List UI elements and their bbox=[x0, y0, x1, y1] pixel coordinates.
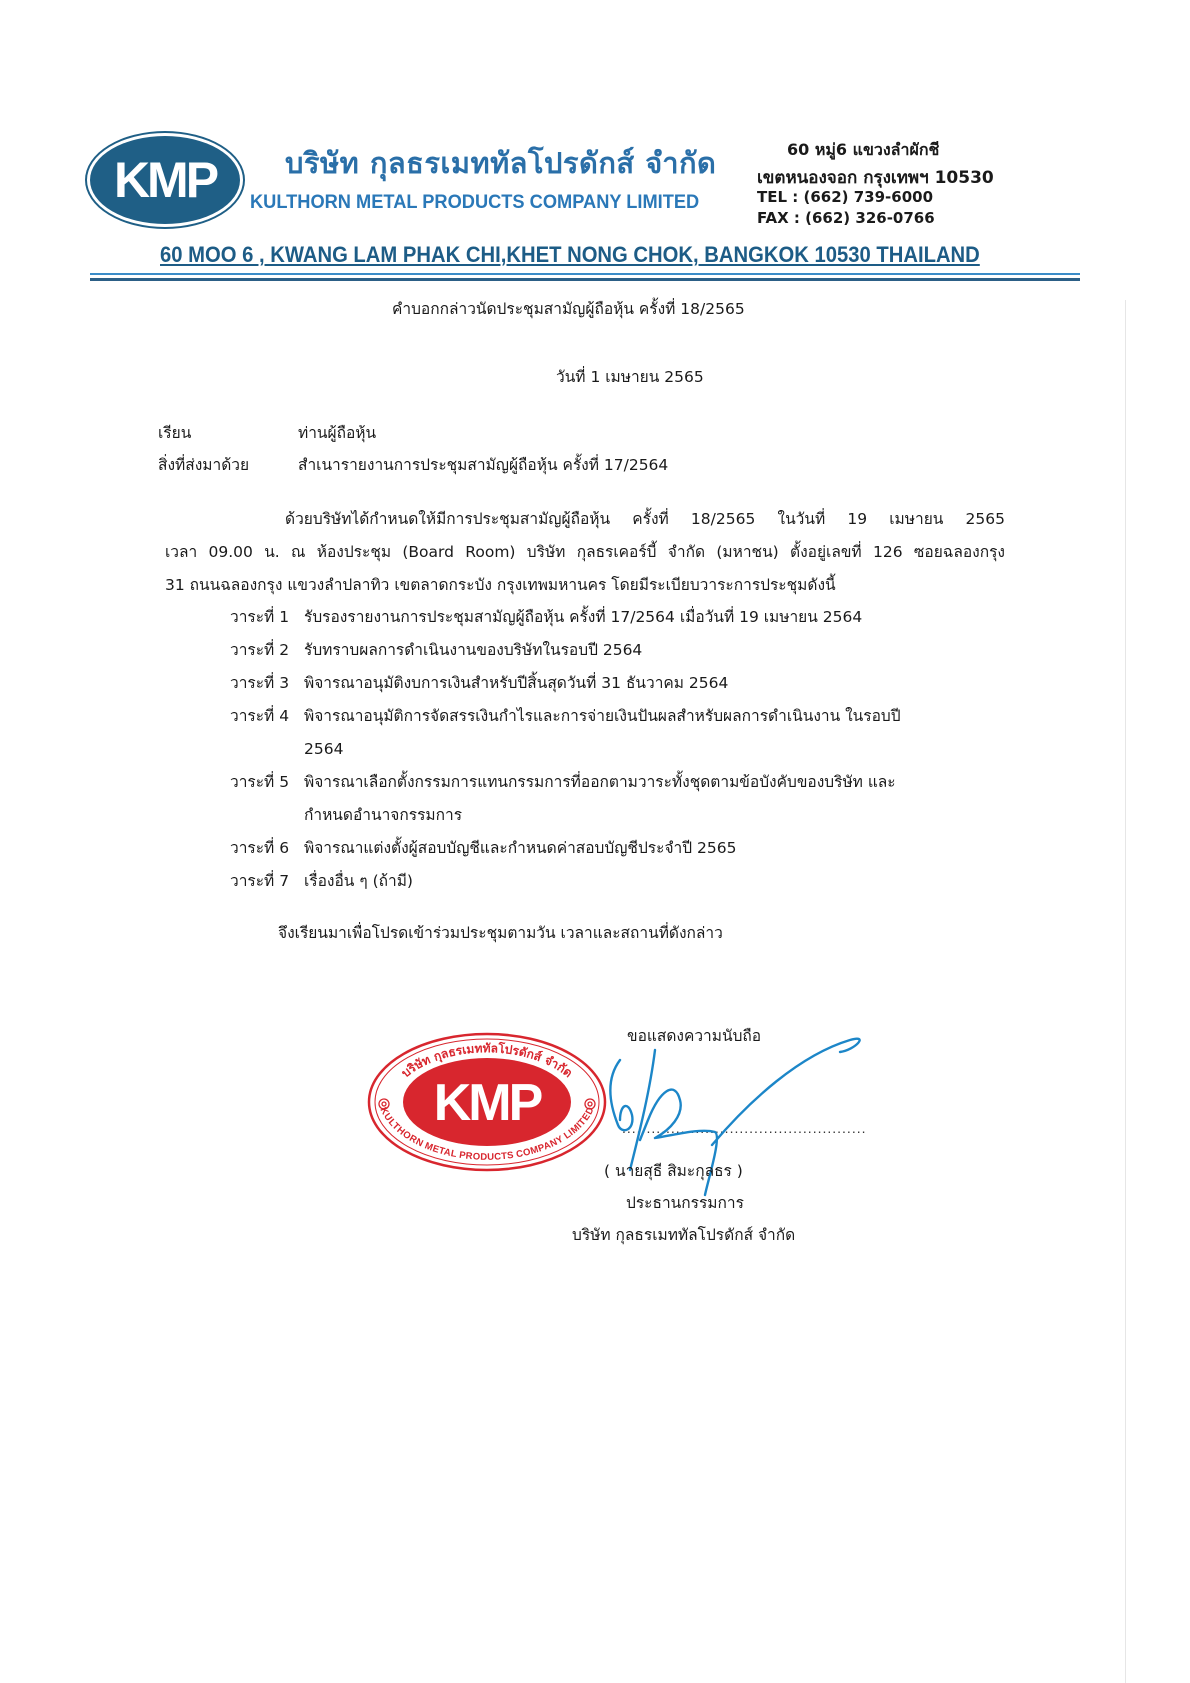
agenda-item: วาระที่ 7 เรื่องอื่น ๆ (ถ้ามี) bbox=[230, 865, 970, 898]
agenda-number: วาระที่ 1 bbox=[230, 601, 304, 634]
company-seal-stamp: บริษัท กุลธรเมททัลโปรดักส์ จำกัด KULTHOR… bbox=[362, 1030, 612, 1175]
agenda-description: พิจารณาอนุมัติการจัดสรรเงินกำไรและการจ่า… bbox=[304, 700, 914, 766]
agenda-item: วาระที่ 2 รับทราบผลการดำเนินงานของบริษัท… bbox=[230, 634, 970, 667]
address-thai-line1: 60 หมู่6 แขวงลำผักชี bbox=[787, 138, 994, 164]
agenda-description: พิจารณาแต่งตั้งผู้สอบบัญชีและกำหนดค่าสอบ… bbox=[304, 832, 914, 865]
signer-position: ประธานกรรมการ bbox=[626, 1190, 744, 1215]
recipient-label: เรียน bbox=[158, 420, 191, 445]
agenda-number: วาระที่ 3 bbox=[230, 667, 304, 700]
agenda-description: รับรองรายงานการประชุมสามัญผู้ถือหุ้น ครั… bbox=[304, 601, 914, 634]
header-divider-top bbox=[90, 273, 1080, 275]
agenda-item: วาระที่ 3 พิจารณาอนุมัติงบการเงินสำหรับป… bbox=[230, 667, 970, 700]
letter-title: คำบอกกล่าวนัดประชุมสามัญผู้ถือหุ้น ครั้ง… bbox=[392, 296, 745, 321]
scan-artifact-line bbox=[1125, 300, 1126, 1683]
agenda-number: วาระที่ 7 bbox=[230, 865, 304, 898]
agenda-description: พิจารณาอนุมัติงบการเงินสำหรับปีสิ้นสุดวั… bbox=[304, 667, 914, 700]
agenda-item: วาระที่ 5 พิจารณาเลือกตั้งกรรมการแทนกรรม… bbox=[230, 766, 970, 832]
agenda-number: วาระที่ 6 bbox=[230, 832, 304, 865]
company-name-english: KULTHORN METAL PRODUCTS COMPANY LIMITED bbox=[250, 192, 699, 214]
body-paragraph: ด้วยบริษัทได้กำหนดให้มีการประชุมสามัญผู้… bbox=[165, 503, 1005, 602]
address-english: 60 MOO 6 , KWANG LAM PHAK CHI,KHET NONG … bbox=[160, 242, 980, 268]
agenda-item: วาระที่ 6 พิจารณาแต่งตั้งผู้สอบบัญชีและก… bbox=[230, 832, 970, 865]
stamp-center-text: KMP bbox=[434, 1074, 542, 1132]
agenda-description: รับทราบผลการดำเนินงานของบริษัทในรอบปี 25… bbox=[304, 634, 914, 667]
company-logo: KMP bbox=[90, 136, 240, 224]
fax: FAX : (662) 326-0766 bbox=[757, 209, 994, 230]
agenda-item: วาระที่ 1 รับรองรายงานการประชุมสามัญผู้ถ… bbox=[230, 601, 970, 634]
enclosure-label: สิ่งที่ส่งมาด้วย bbox=[158, 452, 249, 477]
agenda-number: วาระที่ 5 bbox=[230, 766, 304, 832]
closing-sentence: จึงเรียนมาเพื่อโปรดเข้าร่วมประชุมตามวัน … bbox=[278, 920, 723, 945]
header-divider-bottom bbox=[90, 278, 1080, 281]
enclosure-value: สำเนารายงานการประชุมสามัญผู้ถือหุ้น ครั้… bbox=[298, 452, 668, 477]
agenda-list: วาระที่ 1 รับรองรายงานการประชุมสามัญผู้ถ… bbox=[230, 601, 970, 898]
agenda-item: วาระที่ 4 พิจารณาอนุมัติการจัดสรรเงินกำไ… bbox=[230, 700, 970, 766]
address-thai-line2: เขตหนองจอก กรุงเทพฯ 10530 bbox=[757, 164, 994, 188]
body-line-1: ด้วยบริษัทได้กำหนดให้มีการประชุมสามัญผู้… bbox=[165, 503, 1005, 536]
contact-block: 60 หมู่6 แขวงลำผักชี เขตหนองจอก กรุงเทพฯ… bbox=[757, 138, 994, 230]
signer-name: ( นายสุธี สิมะกุลธร ) bbox=[604, 1158, 743, 1183]
body-line-2: เวลา 09.00 น. ณ ห้องประชุม (Board Room) … bbox=[165, 536, 1005, 569]
recipient-value: ท่านผู้ถือหุ้น bbox=[298, 420, 376, 445]
agenda-description: พิจารณาเลือกตั้งกรรมการแทนกรรมการที่ออกต… bbox=[304, 766, 914, 832]
agenda-number: วาระที่ 4 bbox=[230, 700, 304, 766]
company-name-thai: บริษัท กุลธรเมททัลโปรดักส์ จำกัด bbox=[285, 140, 716, 186]
body-line-3: 31 ถนนฉลองกรุง แขวงลำปลาทิว เขตลาดกระบัง… bbox=[165, 569, 1005, 602]
telephone: TEL : (662) 739-6000 bbox=[757, 188, 994, 209]
letter-date: วันที่ 1 เมษายน 2565 bbox=[556, 364, 704, 389]
signer-company: บริษัท กุลธรเมททัลโปรดักส์ จำกัด bbox=[572, 1222, 795, 1247]
agenda-number: วาระที่ 2 bbox=[230, 634, 304, 667]
agenda-description: เรื่องอื่น ๆ (ถ้ามี) bbox=[304, 865, 914, 898]
logo-text: KMP bbox=[114, 151, 216, 209]
